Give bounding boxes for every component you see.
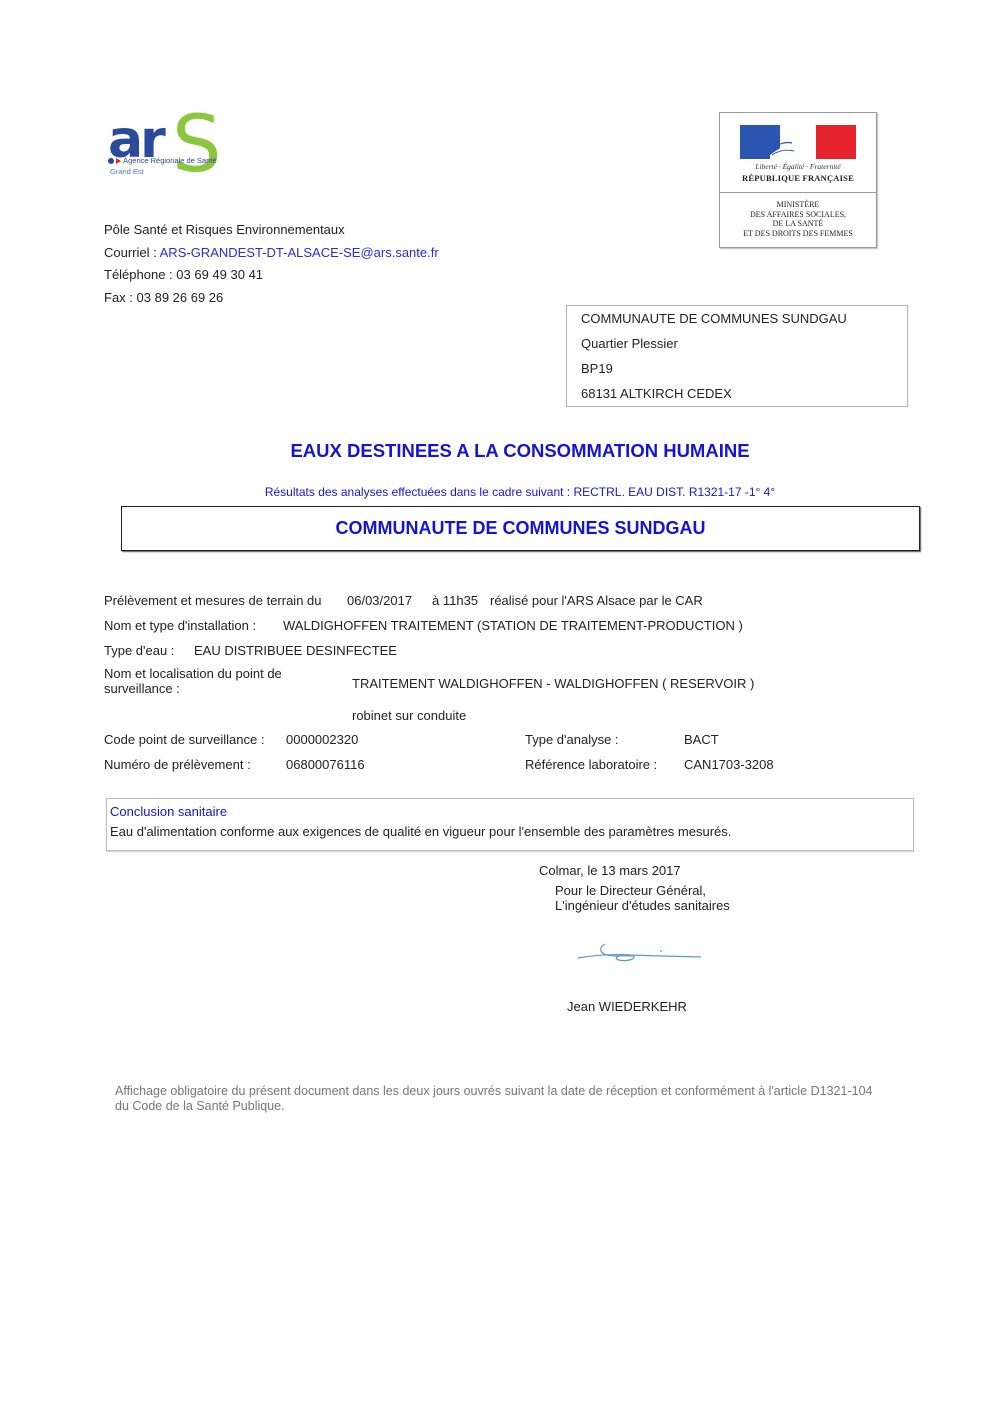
circle-icon (108, 158, 114, 164)
conclusion-box: Conclusion sanitaire Eau d'alimentation … (106, 798, 914, 851)
footer-note: Affichage obligatoire du présent documen… (115, 1084, 927, 1114)
footer-line: Affichage obligatoire du présent documen… (115, 1084, 927, 1099)
republic-motto: Liberté · Égalité · Fraternité (720, 162, 876, 171)
sample-number-label: Numéro de prélèvement : (104, 757, 251, 772)
footer-line: du Code de la Santé Publique. (115, 1099, 927, 1114)
ars-tagline: Agence Régionale de Santé (123, 156, 216, 165)
point-label-line2: surveillance : (104, 681, 180, 696)
conclusion-title: Conclusion sanitaire (110, 804, 227, 819)
water-type-label: Type d'eau : (104, 643, 174, 658)
fax-label: Fax : (104, 290, 137, 305)
phone-label: Téléphone : (104, 267, 176, 282)
sampling-date: 06/03/2017 (347, 593, 412, 608)
ars-logo: ar S Agence Régionale de Santé Grand Est (108, 114, 233, 186)
analysis-type-value: BACT (684, 732, 719, 747)
sender-fax-row: Fax : 03 89 26 69 26 (104, 287, 439, 310)
ministry-line: ET DES DROITS DES FEMMES (720, 229, 876, 239)
ars-tagline-row: Agence Régionale de Santé (108, 156, 217, 165)
ministry-line: DES AFFAIRES SOCIALES, (720, 210, 876, 220)
phone-value: 03 69 49 30 41 (176, 267, 263, 282)
ministry-logo: Liberté · Égalité · Fraternité RÉPUBLIQU… (719, 112, 877, 248)
sender-department: Pôle Santé et Risques Environnementaux (104, 219, 439, 242)
ministry-line: MINISTÈRE (720, 200, 876, 210)
place-date: Colmar, le 13 mars 2017 (539, 863, 681, 878)
triangle-icon (116, 158, 121, 164)
sampling-date-label: Prélèvement et mesures de terrain du (104, 593, 322, 608)
sender-phone-row: Téléphone : 03 69 49 30 41 (104, 264, 439, 287)
lab-ref-label: Référence laboratoire : (525, 757, 657, 772)
code-value: 0000002320 (286, 732, 358, 747)
conclusion-text: Eau d'alimentation conforme aux exigence… (110, 824, 731, 839)
installation-value: WALDIGHOFFEN TRAITEMENT (STATION DE TRAI… (283, 618, 743, 633)
analysis-type-label: Type d'analyse : (525, 732, 619, 747)
ars-logo-s: S (172, 106, 222, 184)
point-name: TRAITEMENT WALDIGHOFFEN - WALDIGHOFFEN (… (352, 676, 754, 691)
entity-name: COMMUNAUTE DE COMMUNES SUNDGAU (122, 507, 919, 550)
point-detail: robinet sur conduite (352, 708, 466, 723)
point-label-line1: Nom et localisation du point de (104, 666, 282, 681)
document-title: EAUX DESTINEES A LA CONSOMMATION HUMAINE (0, 440, 1000, 462)
ars-region: Grand Est (110, 167, 144, 176)
ministry-line: DE LA SANTÉ (720, 219, 876, 229)
recipient-address-box: COMMUNAUTE DE COMMUNES SUNDGAU Quartier … (566, 305, 908, 407)
marianne-flag-icon (740, 125, 856, 159)
recipient-line: BP19 (581, 361, 613, 376)
signature-on-behalf: Pour le Directeur Général, (555, 883, 706, 898)
entity-banner: COMMUNAUTE DE COMMUNES SUNDGAU (121, 506, 920, 551)
sender-info: Pôle Santé et Risques Environnementaux C… (104, 219, 439, 309)
code-label: Code point de surveillance : (104, 732, 264, 747)
lab-ref-value: CAN1703-3208 (684, 757, 774, 772)
recipient-line: COMMUNAUTE DE COMMUNES SUNDGAU (581, 311, 847, 326)
signatory-name: Jean WIEDERKEHR (567, 999, 687, 1014)
analysis-context: Résultats des analyses effectuées dans l… (0, 485, 1000, 499)
email-link[interactable]: ARS-GRANDEST-DT-ALSACE-SE@ars.sante.fr (160, 245, 439, 260)
republic-name: RÉPUBLIQUE FRANÇAISE (720, 173, 876, 183)
fax-value: 03 89 26 69 26 (137, 290, 224, 305)
email-label: Courriel : (104, 245, 160, 260)
ministry-name: MINISTÈRE DES AFFAIRES SOCIALES, DE LA S… (720, 200, 876, 238)
recipient-line: 68131 ALTKIRCH CEDEX (581, 386, 732, 401)
sampling-time: à 11h35 (432, 593, 478, 608)
signature-role: L'ingénieur d'études sanitaires (555, 898, 730, 913)
divider (720, 192, 876, 193)
sample-number-value: 06800076116 (286, 757, 365, 772)
handwritten-signature-icon (575, 938, 705, 968)
marianne-profile-icon (740, 125, 856, 159)
recipient-line: Quartier Plessier (581, 336, 678, 351)
installation-label: Nom et type d'installation : (104, 618, 256, 633)
sender-email-row: Courriel : ARS-GRANDEST-DT-ALSACE-SE@ars… (104, 242, 439, 265)
sampling-performer: réalisé pour l'ARS Alsace par le CAR (490, 593, 703, 608)
water-type-value: EAU DISTRIBUEE DESINFECTEE (194, 643, 397, 658)
